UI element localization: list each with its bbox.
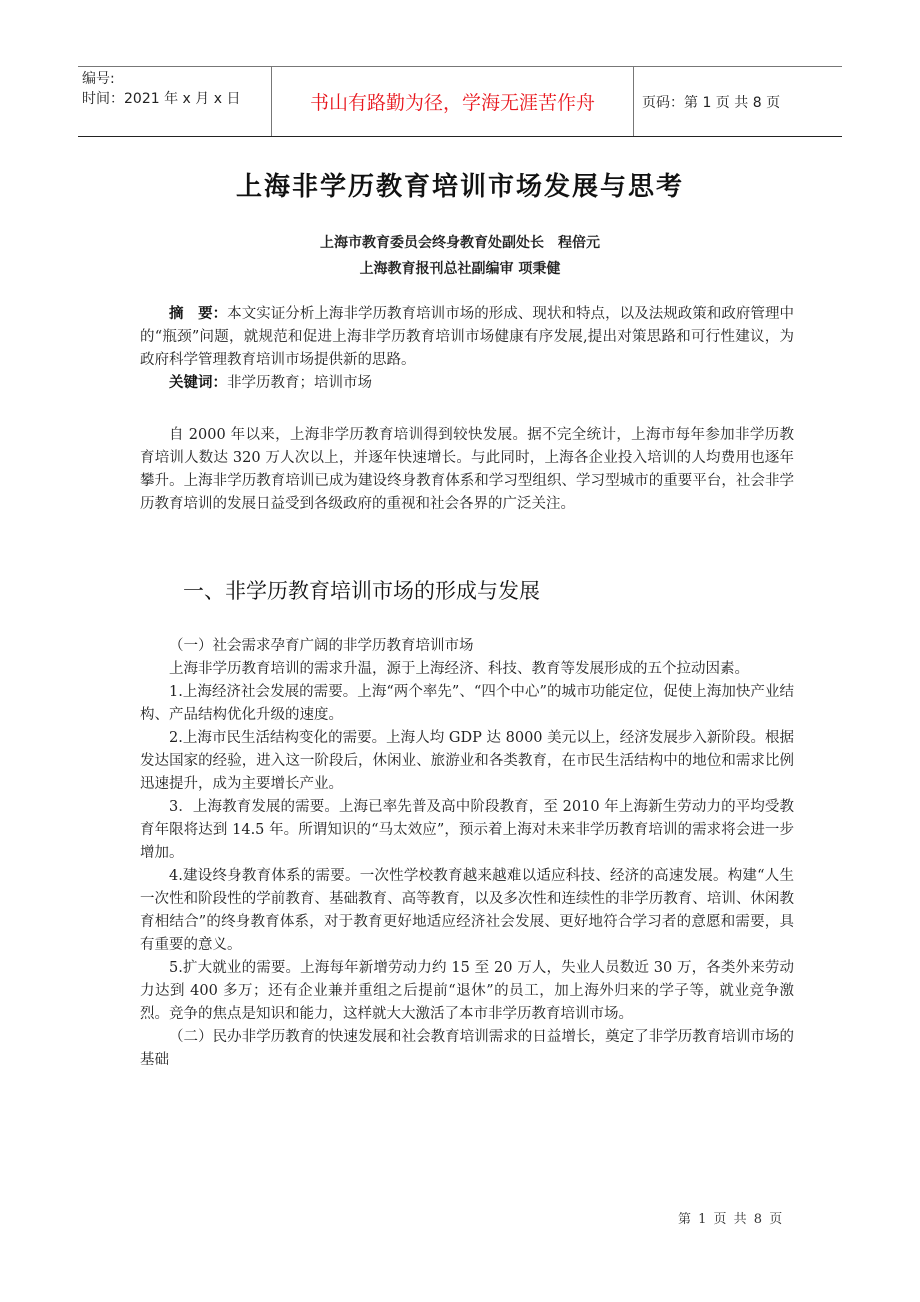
abstract-label: 摘 要： bbox=[169, 305, 227, 322]
section-heading-1: 一、非学历教育培训市场的形成与发展 bbox=[183, 575, 540, 605]
header-motto-cell: 书山有路勤为径，学海无涯苦作舟 bbox=[272, 67, 634, 136]
header-meta-cell: 编号: 时间：2021 年 x 月 x 日 bbox=[78, 67, 272, 136]
intro-paragraph: 自 2000 年以来，上海非学历教育培训得到较快发展。据不完全统计，上海市每年参… bbox=[140, 424, 794, 516]
abstract-text: 本文实证分析上海非学历教育培训市场的形成、现状和特点，以及法规政策和政府管理中的… bbox=[140, 306, 794, 368]
section-1-content: （一）社会需求孕育广阔的非学历教育培训市场 上海非学历教育培训的需求升温，源于上… bbox=[140, 635, 794, 1072]
factor-paragraph-3: 3．上海教育发展的需要。上海已率先普及高中阶段教育，至 2010 年上海新生劳动… bbox=[140, 796, 794, 865]
subsection-1-intro: 上海非学历教育培训的需求升温，源于上海经济、科技、教育等发展形成的五个拉动因素。 bbox=[140, 658, 794, 681]
factor-paragraph-1: 1.上海经济社会发展的需要。上海“两个率先”、“四个中心”的城市功能定位，促使上… bbox=[140, 681, 794, 727]
document-date: 时间：2021 年 x 月 x 日 bbox=[82, 89, 271, 109]
abstract-block: 摘 要：本文实证分析上海非学历教育培训市场的形成、现状和特点，以及法规政策和政府… bbox=[140, 302, 794, 372]
motto-text: 书山有路勤为径，学海无涯苦作舟 bbox=[310, 88, 595, 115]
intro-block: 自 2000 年以来，上海非学历教育培训得到较快发展。据不完全统计，上海市每年参… bbox=[140, 424, 794, 516]
factor-paragraph-5: 5.扩大就业的需要。上海每年新增劳动力约 15 至 20 万人，失业人员数近 3… bbox=[140, 957, 794, 1026]
factor-paragraph-2: 2.上海市民生活结构变化的需要。上海人均 GDP 达 8000 美元以上，经济发… bbox=[140, 727, 794, 796]
subsection-heading-1: （一）社会需求孕育广阔的非学历教育培训市场 bbox=[140, 635, 794, 658]
header-page-cell: 页码：第 1 页 共 8 页 bbox=[634, 67, 842, 136]
factor-paragraph-4: 4.建设终身教育体系的需要。一次性学校教育越来越难以适应科技、经济的高速发展。构… bbox=[140, 865, 794, 957]
page-footer: 第 1 页 共 8 页 bbox=[678, 1208, 782, 1227]
document-number-label: 编号: bbox=[82, 69, 271, 89]
keywords-block: 关键词：非学历教育；培训市场 bbox=[140, 371, 794, 395]
header-page-info: 页码：第 1 页 共 8 页 bbox=[642, 92, 780, 112]
keywords-label: 关键词： bbox=[169, 374, 227, 391]
author-line-1: 上海市教育委员会终身教育处副处长 程倍元 bbox=[0, 232, 920, 252]
keywords-text: 非学历教育；培训市场 bbox=[227, 375, 372, 391]
author-line-2: 上海教育报刊总社副编审 项秉健 bbox=[0, 258, 920, 278]
subsection-heading-2: （二）民办非学历教育的快速发展和社会教育培训需求的日益增长，奠定了非学历教育培训… bbox=[140, 1026, 794, 1072]
document-header-table: 编号: 时间：2021 年 x 月 x 日 书山有路勤为径，学海无涯苦作舟 页码… bbox=[78, 66, 842, 137]
document-title: 上海非学历教育培训市场发展与思考 bbox=[0, 166, 920, 203]
